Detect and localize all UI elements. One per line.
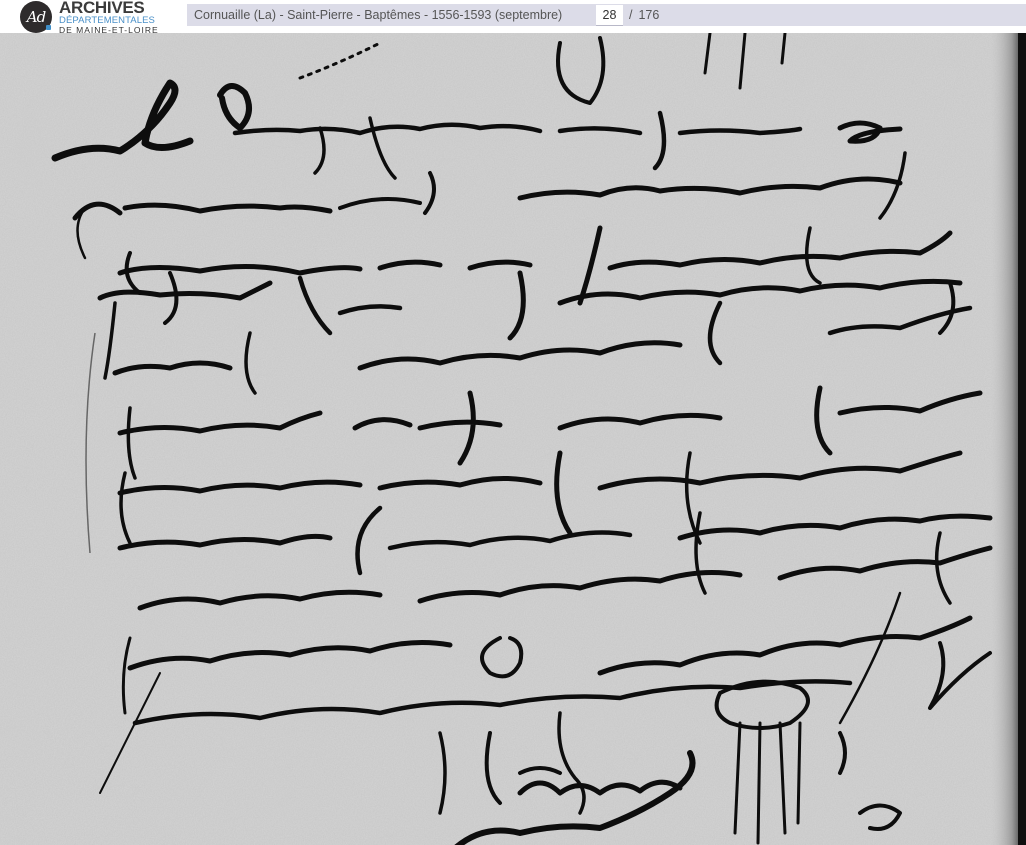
- page-navigator: / 176: [596, 4, 659, 26]
- archives-logo[interactable]: Ad ARCHIVES DÉPARTEMENTALES DE MAINE-ET-…: [20, 0, 159, 33]
- current-page-input[interactable]: [596, 5, 623, 26]
- manuscript-scan-image: [0, 33, 1026, 845]
- page-separator: /: [629, 8, 632, 22]
- logo-line-departementales: DÉPARTEMENTALES: [59, 16, 159, 26]
- logo-line-archives: ARCHIVES: [59, 0, 159, 16]
- top-header: Ad ARCHIVES DÉPARTEMENTALES DE MAINE-ET-…: [0, 0, 1026, 33]
- logo-wordmark: ARCHIVES DÉPARTEMENTALES DE MAINE-ET-LOI…: [59, 0, 159, 35]
- logo-accent-dot: [46, 25, 51, 30]
- ad-logo-badge-icon: Ad: [20, 1, 52, 33]
- total-pages: 176: [638, 8, 659, 22]
- document-title-bar: Cornuaille (La) - Saint-Pierre - Baptême…: [187, 4, 1026, 26]
- document-title: Cornuaille (La) - Saint-Pierre - Baptême…: [194, 8, 562, 22]
- document-image-viewer[interactable]: [0, 33, 1026, 845]
